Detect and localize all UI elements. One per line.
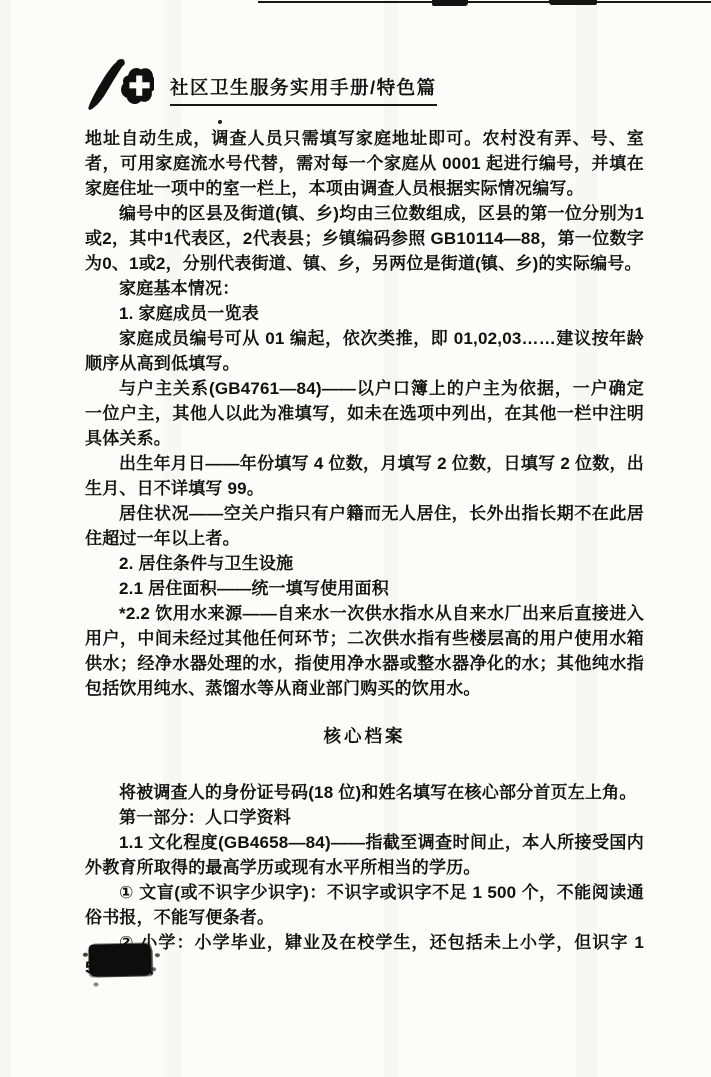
scan-speck-artifact: [218, 120, 222, 124]
paragraph: 出生年月日——年份填写 4 位数，月填写 2 位数，日填写 2 位数，出生月、日…: [85, 451, 644, 501]
scan-edge-blot: [549, 0, 597, 5]
section-heading: 核心档案: [85, 724, 644, 749]
paragraph: 1. 家庭成员一览表: [85, 301, 644, 326]
paragraph: 1.1 文化程度(GB4658—84)——指截至调查时间止，本人所接受国内外教育…: [85, 830, 644, 880]
ink-blot-artifact: [89, 943, 152, 976]
paragraph: 家庭基本情况：: [85, 276, 644, 301]
paragraph: 将被调查人的身份证号码(18 位)和姓名填写在核心部分首页左上角。: [85, 780, 644, 805]
paragraph: 编号中的区县及街道(镇、乡)均由三位数组成，区县的第一位分别为1或2，其中1代表…: [85, 201, 644, 276]
paragraph: 与户主关系(GB4761—84)——以户口簿上的户主为依据，一户确定一位户主，其…: [85, 376, 644, 451]
scan-edge-artifact: [258, 1, 711, 3]
paragraph: *2.2 饮用水来源——自来水一次供水指水从自来水厂出来后直接进入用户，中间未经…: [85, 601, 644, 701]
paragraph: ① 文盲(或不识字少识字)：不识字或识字不足 1 500 个，不能阅读通俗书报，…: [85, 880, 644, 930]
paragraph: 2.1 居住面积——统一填写使用面积: [85, 576, 644, 601]
paragraph: 居住状况——空关户指只有户籍而无人居住，长外出指长期不在此居住超过一年以上者。: [85, 501, 644, 551]
page-body: 地址自动生成，调查人员只需填写家庭地址即可。农村没有弄、号、室者，可用家庭流水号…: [85, 126, 644, 980]
paragraph: 2. 居住条件与卫生设施: [85, 551, 644, 576]
community-health-logo-icon: [86, 58, 154, 116]
page-header: 社区卫生服务实用手册/特色篇: [86, 58, 437, 116]
paragraph: 地址自动生成，调查人员只需填写家庭地址即可。农村没有弄、号、室者，可用家庭流水号…: [85, 126, 644, 201]
scanned-document-page: 社区卫生服务实用手册/特色篇 地址自动生成，调查人员只需填写家庭地址即可。农村没…: [0, 0, 711, 1077]
book-title: 社区卫生服务实用手册/特色篇: [170, 74, 437, 106]
paragraph: 家庭成员编号可从 01 编起，依次类推，即 01,02,03……建议按年龄顺序从…: [85, 326, 644, 376]
scan-edge-blot: [432, 0, 468, 6]
paragraph: 第一部分：人口学资料: [85, 805, 644, 830]
paragraph: ② 小学：小学毕业，肄业及在校学生，还包括未上小学，但识字 1 500 个以: [85, 930, 644, 980]
